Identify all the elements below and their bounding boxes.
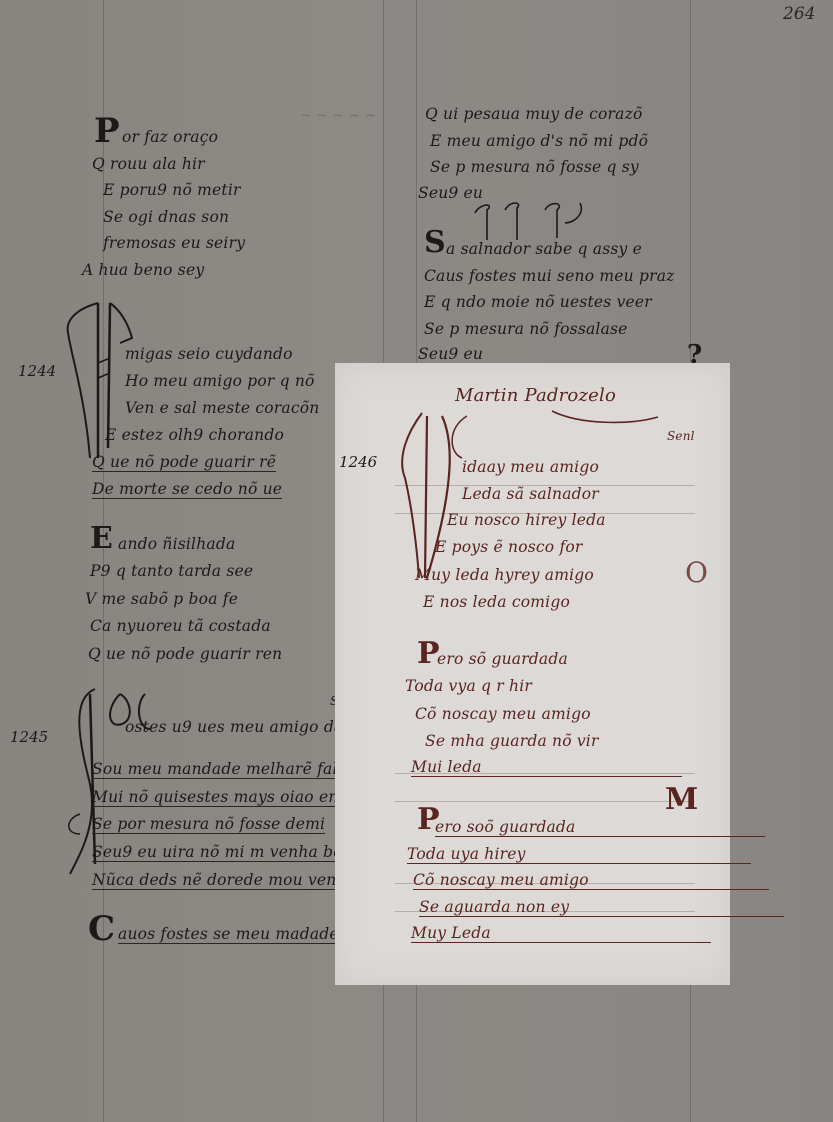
margin-number: 1246 (339, 453, 377, 471)
verse-line: or faz oraço (122, 128, 218, 146)
side-note: Senl (667, 429, 695, 443)
initial-letter: S (424, 228, 446, 258)
poet-heading: Martin Padrozelo (455, 385, 616, 406)
verse-line: E estez olh9 chorando (105, 426, 284, 444)
verse-line: Muy leda hyrey amigo (415, 566, 594, 584)
verse-line: Cõ noscay meu amigo (413, 871, 769, 890)
verse-line: Caus fostes mui seno meu praz (424, 267, 675, 285)
verse-line: Se por mesura nõ fosse demi (92, 815, 325, 834)
verse-line: E poru9 nõ metir (103, 181, 241, 199)
margin-number: 1244 (18, 362, 56, 380)
marginal-mark: O (685, 559, 708, 587)
verse-line: V me sabõ p boa fe (85, 590, 238, 608)
ruling-line (395, 801, 695, 802)
verse-line: ero sõ guardada (437, 650, 568, 668)
verse-line: Q rouu ala hir (92, 155, 205, 173)
verse-line: Seu9 eu uira nõ mi m venha bẽ (92, 843, 343, 862)
initial-letter: C (88, 912, 115, 946)
verse-line: E meu amigo d's nõ mi pdõ (430, 132, 648, 150)
verse-line: Mui leda (411, 758, 682, 777)
verse-line: Q ui pesaua muy de corazõ (425, 105, 643, 123)
verse-line: Ven e sal meste coracõn (125, 399, 319, 417)
verse-line: Q ue nõ pode guarir rẽ (92, 453, 276, 472)
verse-line: Ho meu amigo por q nõ (125, 372, 315, 390)
verse-line: E q ndo moie nõ uestes veer (424, 293, 652, 311)
highlighted-inset: Martin Padrozelo 1246 Senl idaay meu ami… (335, 363, 730, 985)
verse-line: P9 q tanto tarda see (90, 562, 253, 580)
verse-line: Sou meu mandade melharẽ falar (92, 760, 355, 779)
heading-flourish (550, 407, 660, 427)
verse-line: Cõ noscay meu amigo (415, 705, 591, 723)
decorative-ascenders (465, 198, 595, 243)
verse-line: Nũca deds nẽ dorede mou ven (92, 871, 337, 890)
margin-letter: M (665, 785, 698, 815)
verse-line: Leda sã salnador (462, 485, 599, 503)
verse-line: A hua beno sey (82, 261, 204, 279)
verse-line: Toda vya q r hir (405, 677, 532, 695)
verse-line: idaay meu amigo (462, 458, 599, 476)
verse-line: Se p mesura nõ fosse q sy (430, 158, 639, 176)
verse-line: ostes u9 ues meu amigo daq (125, 718, 354, 736)
verse-line: ando ñisilhada (118, 535, 235, 553)
verse-line: E nos leda comigo (423, 593, 570, 611)
verse-line: Muy Leda (411, 924, 711, 943)
verse-line: Se p mesura nõ fossalase (424, 320, 628, 338)
verse-line: Mui nõ quisestes mays oiao entrar (92, 788, 370, 807)
verse-line: fremosas eu seiry (103, 234, 245, 252)
initial-letter: E (90, 524, 113, 554)
margin-number: 1245 (10, 728, 48, 746)
verse-line: Se aguarda non ey (419, 898, 784, 917)
verse-line: Ca nyuoreu tã costada (90, 617, 271, 635)
manuscript-page: 264 ~ ~ ~ ~ ~ P or faz oraço Q rouu ala … (0, 0, 833, 1122)
verse-line: Se ogi dnas son (103, 208, 229, 226)
verse-line: Eu nosco hirey leda (447, 511, 606, 529)
initial-letter: P (94, 114, 120, 148)
verse-line: Se mha guarda nõ vir (425, 732, 599, 750)
verse-line: E poys ẽ nosco for (435, 538, 583, 556)
verse-line: ero soõ guardada (435, 818, 765, 837)
verse-line: Q ue nõ pode guarir ren (88, 645, 282, 663)
verse-line: Toda uya hirey (407, 845, 751, 864)
decorated-initial-V (397, 408, 467, 588)
folio-number: 264 (783, 4, 815, 24)
bleed-through-text: ~ ~ ~ ~ ~ (300, 108, 376, 124)
verse-line: a salnador sabe q assy e (446, 240, 642, 258)
verse-line: De morte se cedo nõ ue (92, 480, 282, 499)
verse-line: migas seio cuydando (125, 345, 293, 363)
verse-line: Seu9 eu (418, 345, 483, 363)
